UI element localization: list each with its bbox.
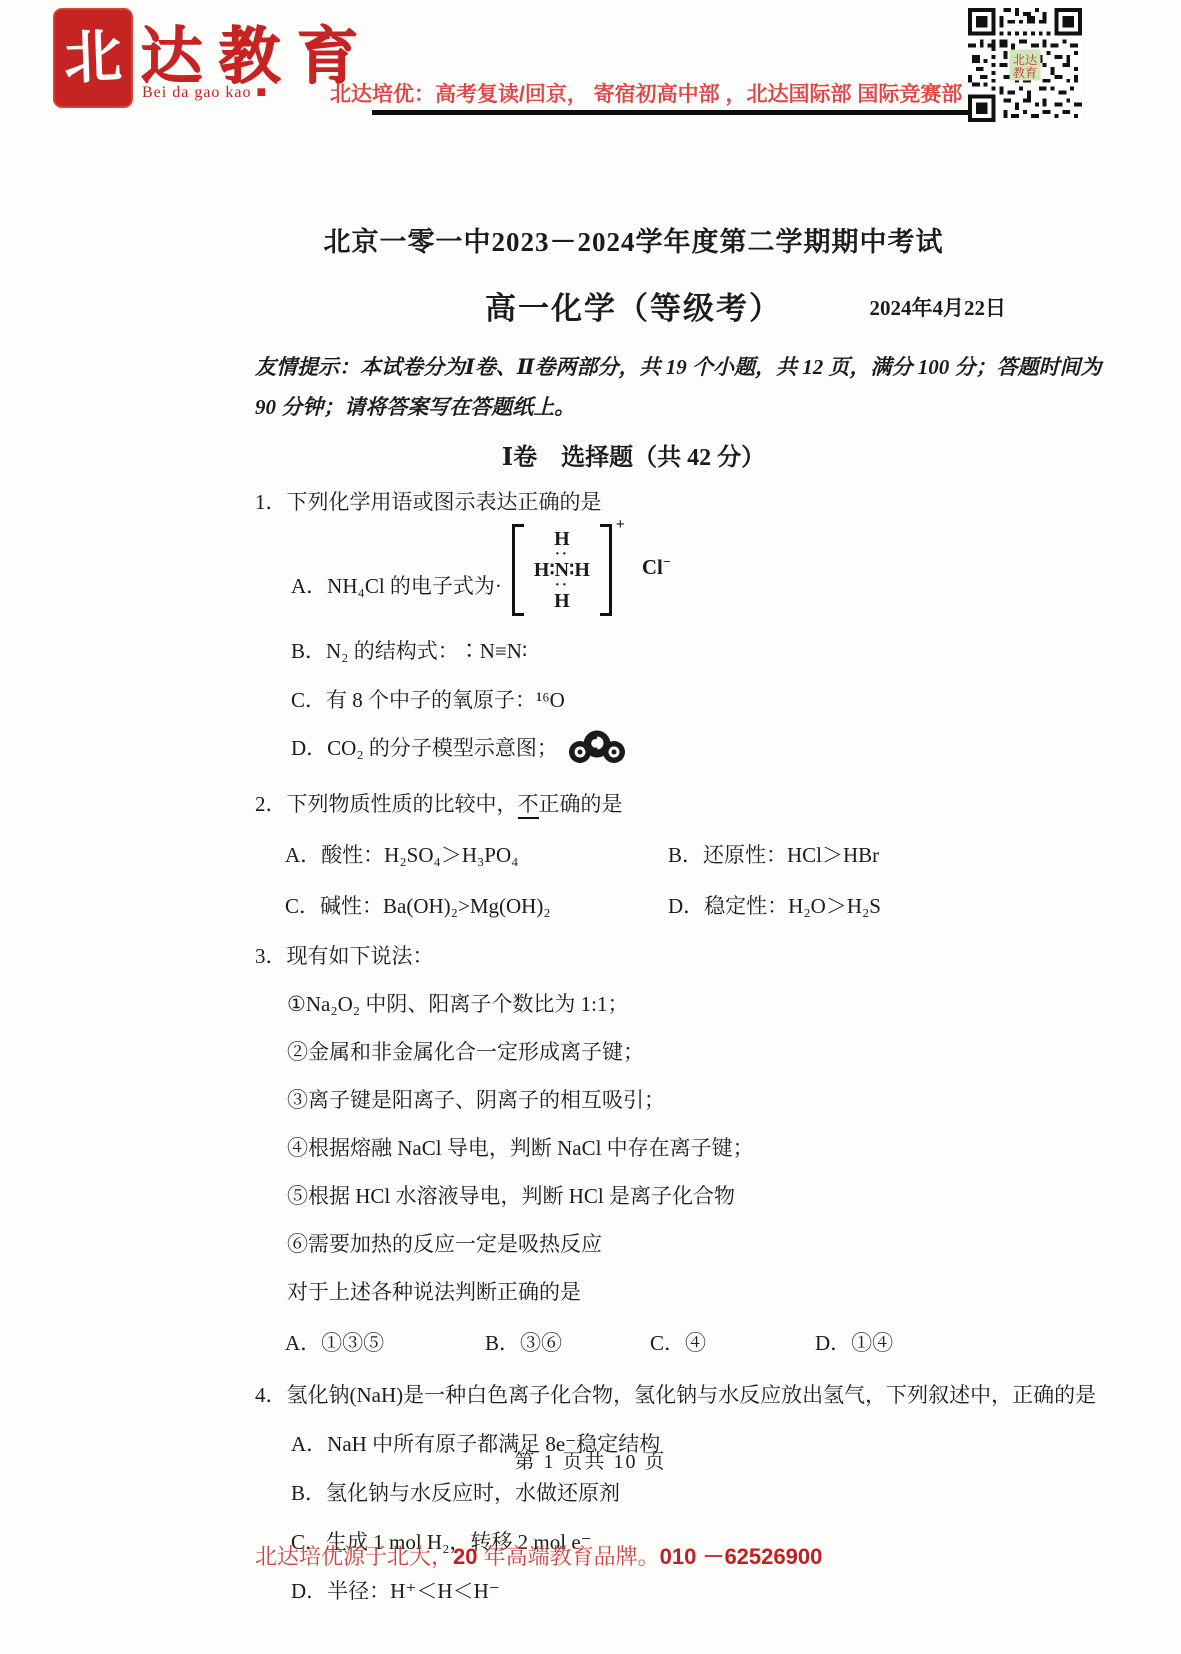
question-1-stem: 1．下列化学用语或图示表达正确的是 (255, 486, 1012, 516)
question-3-options-row: A．①③⑤ B．③⑥ C．④ D．①④ (255, 1327, 1012, 1357)
question-2-stem: 2．下列物质性质的比较中，不正确的是 (255, 788, 1012, 818)
exam-date: 2024年4月22日 (870, 292, 1007, 322)
question-3-item-2: ②金属和非金属化合一定形成离子键； (255, 1036, 1012, 1066)
qr-center-text-2: 教育 (1013, 65, 1037, 80)
q2-stem-pre: 2．下列物质性质的比较中， (255, 792, 518, 816)
electron-formula-bracket: H ·· H∶N∶H ·· H + (512, 524, 612, 616)
anion-charge: − (663, 555, 671, 570)
notice-line-2: 90 分钟；请将答案写在答题纸上。 (255, 387, 1012, 427)
question-3-item-5: ⑤根据 HCl 水溶液导电，判断 HCl 是离子化合物 (255, 1180, 1012, 1210)
footer-promo: 北达培优源于北大，20 年高端教育品牌。010 －62526900 (255, 1540, 822, 1571)
question-3-option-b: B．③⑥ (485, 1327, 650, 1357)
qr-code: 北达 教育 (968, 8, 1082, 122)
question-2-option-c: C．碱性：Ba(OH)₂>Mg(OH)₂ (285, 890, 668, 920)
promo-years: 20 (453, 1544, 477, 1569)
exam-page: 北 达教育 Bei da gao kao ■ 北达培优：高考复读/回京， 寄宿初… (0, 0, 1181, 1654)
question-3-option-d: D．①④ (815, 1327, 1012, 1357)
header-slogan: 北达培优：高考复读/回京， 寄宿初高中部 ，北达国际部 国际竞赛部 (330, 78, 950, 108)
question-3-prompt: 对于上述各种说法判断正确的是 (255, 1276, 1012, 1306)
question-3-item-4: ④根据熔融 NaCl 导电，判断 NaCl 中存在离子键； (255, 1132, 1012, 1162)
promo-phone: 010 －62526900 (660, 1544, 823, 1569)
question-3-item-1: ①Na₂O₂ 中阴、阳离子个数比为 1:1； (255, 988, 1012, 1018)
question-1-option-d: D．CO₂ 的分子模型示意图； (255, 728, 1012, 766)
chloride-anion: Cl− (642, 555, 671, 580)
question-2-option-a: A．酸性：H₂SO₄＞H₃PO₄ (285, 839, 668, 869)
question-3-item-3: ③离子键是阳离子、阴离子的相互吸引； (255, 1084, 1012, 1114)
question-1-option-b: B．N₂ 的结构式：∶N≡N∶ (255, 635, 1012, 665)
ef-pair-bottom: ·· (534, 581, 590, 590)
electron-dot-formula: H ·· H∶N∶H ·· H + Cl− (512, 524, 671, 616)
exam-subject: 高一化学（等级考） (485, 291, 782, 326)
seal-character: 北 (63, 28, 123, 88)
brand-seal-logo: 北 (55, 10, 131, 106)
ef-bottom-h: H (534, 590, 590, 612)
question-4-option-d: D．半径：H⁺＜H＜H⁻ (255, 1575, 1012, 1605)
page-number: 第 1 页共 10 页 (0, 1445, 1181, 1474)
question-3-option-a: A．①③⑤ (285, 1327, 485, 1357)
exam-subtitle-row: 高一化学（等级考） 2024年4月22日 (255, 283, 1012, 323)
question-3-option-c: C．④ (650, 1327, 815, 1357)
question-2-options-row-2: C．碱性：Ba(OH)₂>Mg(OH)₂ D．稳定性：H₂O＞H₂S (255, 890, 1012, 920)
co2-molecule-model (566, 728, 628, 766)
option-a-label: A．NH₄Cl 的电子式为· (291, 570, 502, 600)
question-2-options-row-1: A．酸性：H₂SO₄＞H₃PO₄ B．还原性：HCl＞HBr (255, 839, 1012, 869)
q2-underlined-word: 不 (518, 792, 539, 819)
question-3-stem: 3．现有如下说法： (255, 940, 1012, 970)
bracket-left (512, 524, 524, 616)
question-1-option-a: A．NH₄Cl 的电子式为· H ·· H∶N∶H ·· H + Cl− (255, 524, 1012, 616)
exam-notice: 友情提示：本试卷分为Ⅰ卷、Ⅱ卷两部分，共 19 个小题，共 12 页，满分 10… (255, 347, 1012, 427)
header-divider (372, 110, 1018, 115)
question-2-option-b: B．还原性：HCl＞HBr (668, 839, 1012, 869)
promo-text-2: 年高端教育品牌。 (478, 1544, 660, 1569)
promo-text-1: 北达培优源于北大， (255, 1544, 453, 1569)
question-2-option-d: D．稳定性：H₂O＞H₂S (668, 890, 1012, 920)
exam-content: 北京一零一中2023－2024学年度第二学期期中考试 高一化学（等级考） 202… (255, 220, 1012, 1605)
question-4-option-b: B．氢化钠与水反应时，水做还原剂 (255, 1477, 1012, 1507)
notice-line-1: 友情提示：本试卷分为Ⅰ卷、Ⅱ卷两部分，共 19 个小题，共 12 页，满分 10… (255, 347, 1012, 387)
q2-stem-post: 正确的是 (539, 792, 623, 816)
cation-charge: + (616, 516, 625, 534)
question-4-stem: 4．氢化钠(NaH)是一种白色离子化合物，氢化钠与水反应放出氢气，下列叙述中，正… (255, 1379, 1012, 1409)
section-heading: Ⅰ卷 选择题（共 42 分） (255, 437, 1012, 472)
question-3-item-6: ⑥需要加热的反应一定是吸热反应 (255, 1228, 1012, 1258)
electron-formula-body: H ·· H∶N∶H ·· H (524, 524, 600, 616)
qr-center-text-1: 北达 (1013, 52, 1038, 67)
ef-pair-top: ·· (534, 550, 590, 559)
exam-title: 北京一零一中2023－2024学年度第二学期期中考试 (255, 220, 1012, 259)
question-1-option-c: C．有 8 个中子的氧原子：¹⁶O (255, 684, 1012, 714)
brand-pinyin-text: Bei da gao kao ■ (142, 84, 267, 102)
option-d-label: D．CO₂ 的分子模型示意图； (291, 732, 558, 762)
bracket-right (600, 524, 612, 616)
